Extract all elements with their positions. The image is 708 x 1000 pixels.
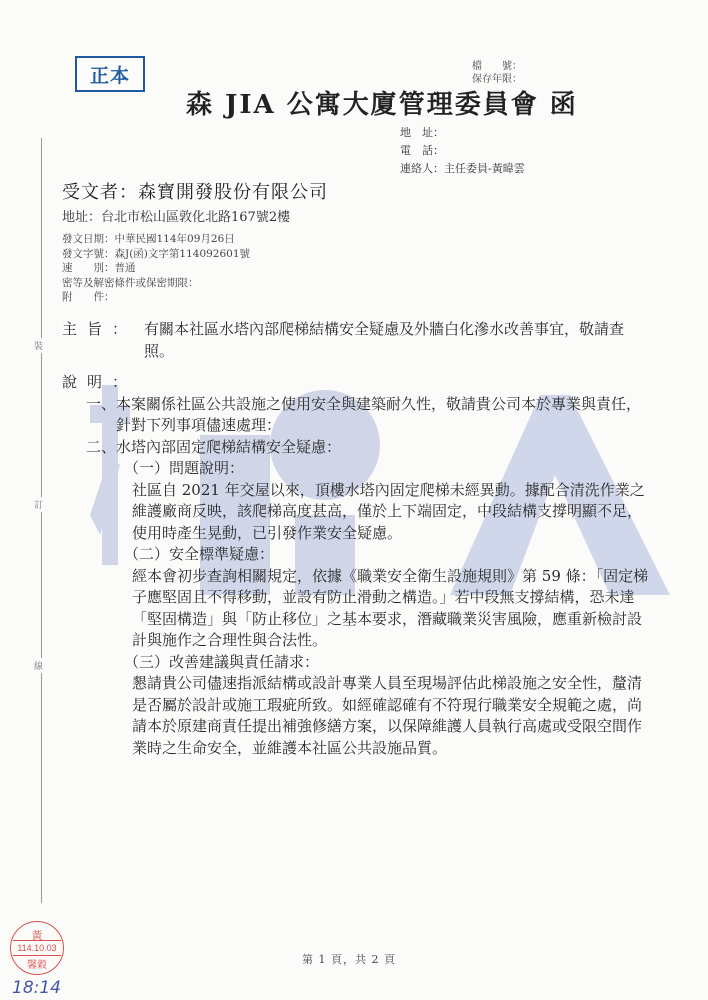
sender-contact-block: 地 址： 電 話： 連絡人：主任委員-黃暐雲 <box>400 124 525 178</box>
binding-label-ding: 訂 <box>34 497 43 512</box>
explanation-label: 說明： <box>62 372 652 394</box>
explanation-item-2: 二、水塔內部固定爬梯結構安全疑慮： <box>62 437 652 459</box>
subsection-1-text: 社區自 2021 年交屋以來，頂樓水塔內固定爬梯未經異動。據配合清洗作業之維護廠… <box>62 480 652 545</box>
meta-urgency: 速 別：普通 <box>62 261 250 276</box>
meta-date: 發文日期：中華民國114年09月26日 <box>62 232 250 247</box>
subsection-3-text: 懇請貴公司儘速指派結構或設計專業人員至現場評估此梯設施之安全性，釐清是否屬於設計… <box>62 673 652 759</box>
binding-label-xian: 線 <box>34 658 43 673</box>
subject-label: 主旨： <box>62 318 144 340</box>
explanation-section: 說明： 一、本案關係社區公共設施之使用安全與建築耐久性，敬請貴公司本於專業與責任… <box>62 372 652 759</box>
meta-label: 發文日期： <box>62 232 115 247</box>
stamp-given-name: 馨穀 <box>11 956 63 971</box>
handwritten-time: 18:14 <box>12 978 61 998</box>
file-number-label: 檔 號： <box>472 60 522 73</box>
binding-label-zhuang: 裝 <box>34 338 43 353</box>
subsection-1-title: （一）問題說明： <box>62 458 652 480</box>
subject-text: 有關本社區水塔內部爬梯結構安全疑慮及外牆白化滲水改善事宜，敬請查照。 <box>144 318 644 362</box>
subsection-3-title: （三）改善建議與責任請求： <box>62 652 652 674</box>
recipient-address: 地址：台北市松山區敦化北路167號2樓 <box>62 206 290 225</box>
meta-doc-number: 發文字號：森J(函)文字第114092601號 <box>62 247 250 262</box>
meta-label: 速 別： <box>62 261 115 276</box>
document-title: 森 JIA 公寓大廈管理委員會 函 <box>186 84 578 121</box>
page-number: 第 1 頁，共 2 頁 <box>302 951 396 967</box>
received-date-stamp: 黃 114.10.03 馨穀 <box>10 921 64 975</box>
meta-label: 附 件： <box>62 290 115 305</box>
contact-person: 連絡人：主任委員-黃暐雲 <box>400 160 525 178</box>
explanation-item-1: 一、本案關係社區公共設施之使用安全與建築耐久性，敬請貴公司本於專業與責任，針對下… <box>62 394 652 437</box>
subsection-2-title: （二）安全標準疑慮： <box>62 544 652 566</box>
meta-label: 發文字號： <box>62 247 115 262</box>
document-meta: 發文日期：中華民國114年09月26日 發文字號：森J(函)文字第1140926… <box>62 232 250 305</box>
archive-info: 檔 號： 保存年限： <box>472 60 522 86</box>
meta-value: 中華民國114年09月26日 <box>115 232 235 247</box>
original-copy-stamp: 正本 <box>75 56 145 92</box>
recipient: 受文者：森寶開發股份有限公司 <box>62 178 328 204</box>
meta-attachments: 附 件： <box>62 290 250 305</box>
subsection-2-text: 經本會初步查詢相關規定，依據《職業安全衛生設施規則》第 59 條：「固定梯子應堅… <box>62 566 652 652</box>
sender-address-label: 地 址： <box>400 124 525 142</box>
binding-line <box>41 138 42 903</box>
stamp-date: 114.10.03 <box>13 940 61 956</box>
sender-phone-label: 電 話： <box>400 142 525 160</box>
meta-label: 密等及解密條件或保密期限： <box>62 276 199 291</box>
meta-classification: 密等及解密條件或保密期限： <box>62 276 250 291</box>
meta-value: 普通 <box>115 261 136 276</box>
meta-value: 森J(函)文字第114092601號 <box>115 247 251 262</box>
